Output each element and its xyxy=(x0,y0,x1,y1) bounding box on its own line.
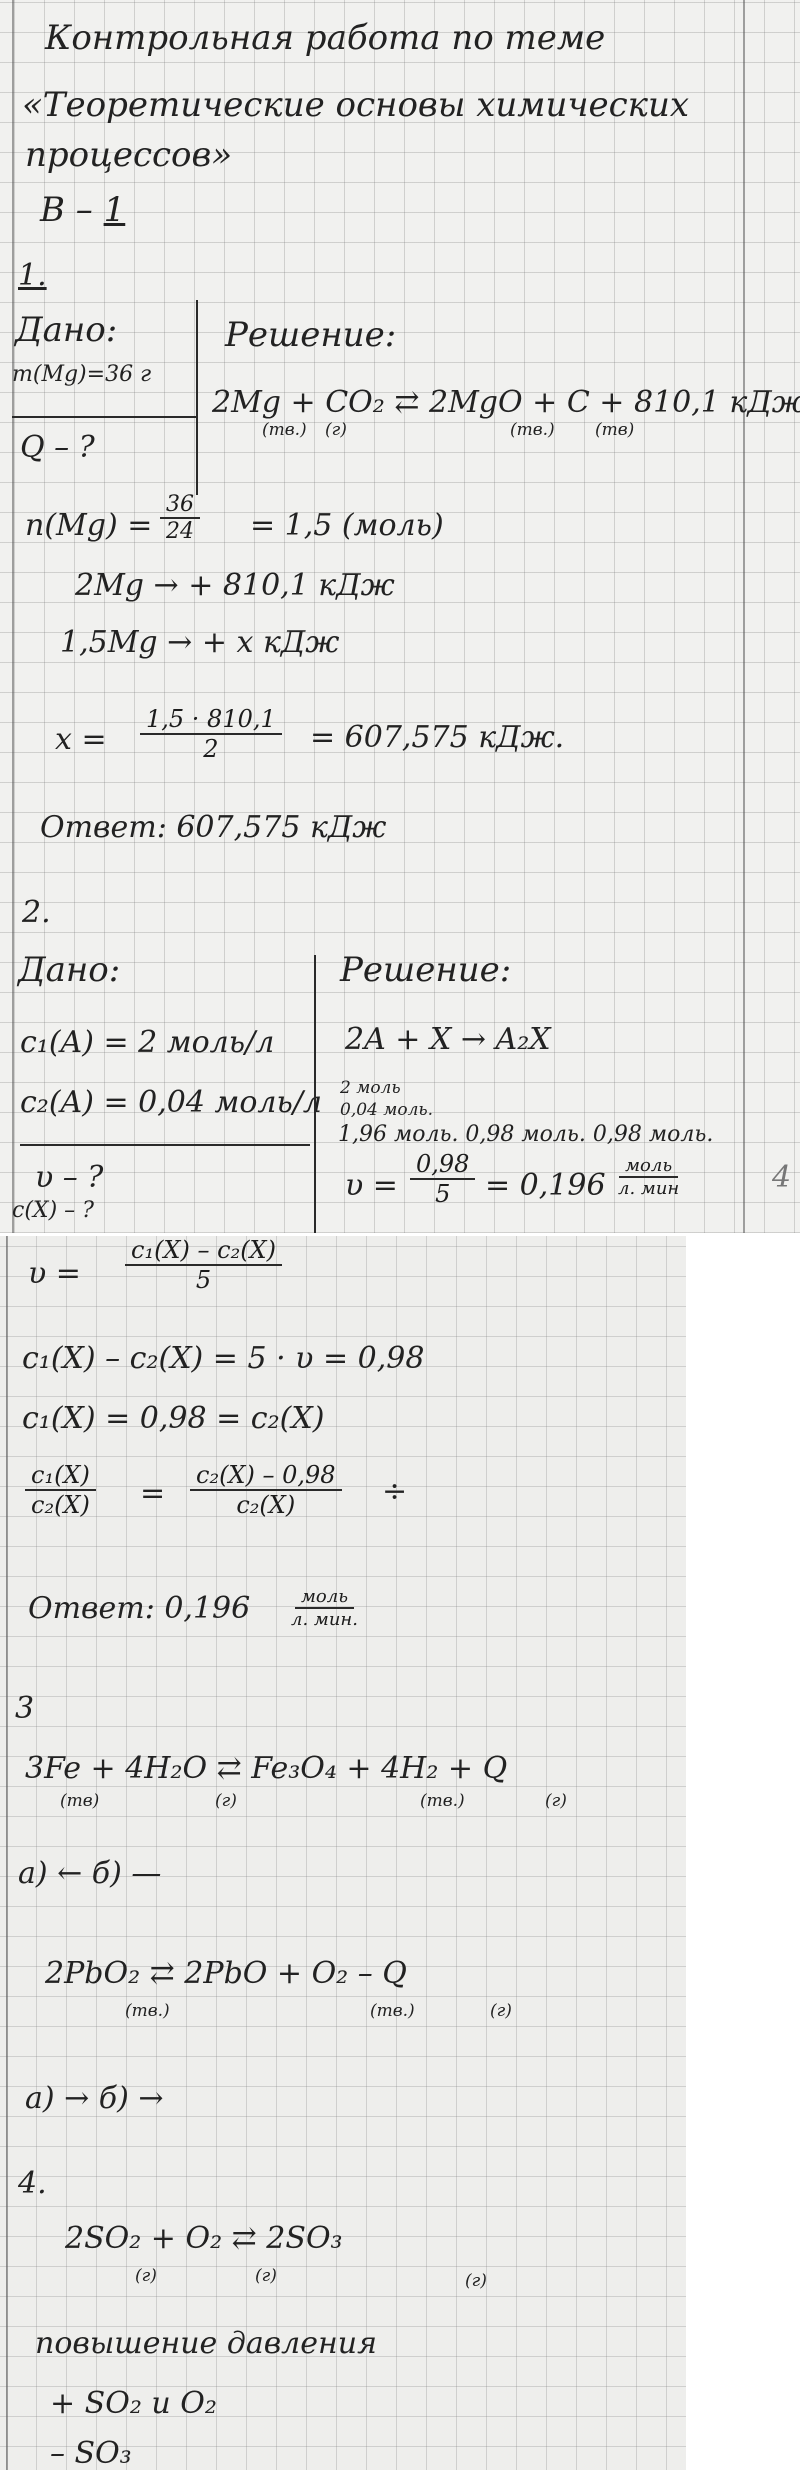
rate-formula-numerator: c₁(X) – c₂(X) xyxy=(125,1236,282,1266)
left-margin-line-2 xyxy=(6,1236,8,2470)
state-c: (тв) xyxy=(595,420,634,440)
state-o2-b: (г) xyxy=(255,2266,277,2286)
rate-numerator: 0,98 xyxy=(410,1150,475,1180)
problem3-shift-1: а) ← б) — xyxy=(18,1856,161,1891)
problem2-number: 2. xyxy=(22,895,51,930)
problem1-solution-label: Решение: xyxy=(225,315,396,355)
moles-denominator: 24 xyxy=(160,519,200,544)
rate-denominator: 5 xyxy=(429,1180,456,1208)
problem4-number: 4. xyxy=(18,2166,47,2201)
title-line-1: Контрольная работа по теме xyxy=(45,18,605,58)
rate-unit-denominator: л. мин xyxy=(612,1178,685,1199)
ratio-right-denominator: c₂(X) xyxy=(230,1491,301,1519)
problem1-number: 1. xyxy=(18,258,47,293)
state-pbo: (тв.) xyxy=(370,2001,415,2021)
problem1-answer: Ответ: 607,575 кДж xyxy=(40,810,386,845)
answer-unit-numerator: моль xyxy=(295,1586,354,1609)
moles-numerator: 36 xyxy=(160,492,200,519)
x-numerator: 1,5 · 810,1 xyxy=(140,705,282,735)
ratio-left-denominator: c₂(X) xyxy=(25,1491,96,1519)
title-line-3: процессов» xyxy=(25,135,232,175)
problem3-shift-2: а) → б) → xyxy=(25,2081,164,2116)
problem1-equation: 2Mg + CO₂ ⇄ 2MgO + C + 810,1 кДж xyxy=(212,385,800,420)
left-margin-line xyxy=(12,0,14,1233)
given-divider xyxy=(12,416,198,418)
answer-unit-denominator: л. мин. xyxy=(285,1609,364,1630)
moles-fraction: 36 24 xyxy=(160,492,200,544)
problem4-minus: – SO₃ xyxy=(50,2436,132,2470)
problem3-equation-1: 3Fe + 4H₂O ⇄ Fe₃O₄ + 4H₂ + Q xyxy=(25,1751,507,1786)
rate-formula-denominator: 5 xyxy=(190,1266,217,1294)
x-lhs: x = xyxy=(55,722,107,757)
problem2-given-label: Дано: xyxy=(18,950,120,990)
rate-formula-fraction: c₁(X) – c₂(X) 5 xyxy=(125,1236,282,1294)
ratio-equals: = xyxy=(140,1476,165,1511)
proportion-line-2: 1,5Mg → + x кДж xyxy=(60,625,339,660)
state-fe3o4: (тв.) xyxy=(420,1791,465,1811)
problem2-equation: 2A + X → A₂X xyxy=(345,1022,551,1057)
variant-number: 1 xyxy=(104,190,126,230)
x-fraction: 1,5 · 810,1 2 xyxy=(140,705,282,763)
answer-unit: моль л. мин. xyxy=(285,1586,364,1630)
moles-result: = 1,5 (моль) xyxy=(250,508,444,543)
given-solution-divider-2 xyxy=(314,955,316,1233)
problem4-plus: + SO₂ и O₂ xyxy=(50,2386,217,2421)
given-solution-divider xyxy=(196,300,198,495)
rate-unit: моль л. мин xyxy=(612,1155,685,1199)
x-result: = 607,575 кДж. xyxy=(310,720,564,755)
rate-fraction: 0,98 5 xyxy=(410,1150,475,1208)
variant-label: В – 1 xyxy=(40,190,125,230)
problem3-equation-2: 2PbO₂ ⇄ 2PbO + O₂ – Q xyxy=(45,1956,407,1991)
ratio-left-numerator: c₁(X) xyxy=(25,1461,96,1491)
ratio-right-numerator: c₂(X) – 0,98 xyxy=(190,1461,342,1491)
state-pbo2: (тв.) xyxy=(125,2001,170,2021)
rate-lhs: υ = xyxy=(345,1168,398,1203)
x-denominator: 2 xyxy=(197,735,224,763)
state-h2o: (г) xyxy=(215,1791,237,1811)
problem2-given-2: c₂(A) = 0,04 моль/л xyxy=(20,1085,322,1120)
margin-mark: 4 xyxy=(772,1160,791,1195)
state-mgo: (тв.) xyxy=(510,420,555,440)
problem1-given-label: Дано: xyxy=(15,310,117,350)
problem4-equation: 2SO₂ + O₂ ⇄ 2SO₃ xyxy=(65,2221,343,2256)
problem2-answer: Ответ: 0,196 xyxy=(28,1591,250,1626)
problem2-solution-label: Решение: xyxy=(340,950,511,990)
problem2-find-2: c(X) – ? xyxy=(12,1198,94,1223)
given-divider-2 xyxy=(20,1144,310,1146)
rate-unit-numerator: моль xyxy=(619,1155,678,1178)
conc-line-a: c₁(X) – c₂(X) = 5 · υ = 0,98 xyxy=(22,1341,424,1376)
conc-line-b: c₁(X) = 0,98 = c₂(X) xyxy=(22,1401,324,1436)
variant-prefix: В – xyxy=(40,190,93,230)
problem3-number: 3 xyxy=(15,1691,34,1726)
stoich-row-3: 1,96 моль. 0,98 моль. 0,98 моль. xyxy=(338,1122,713,1147)
problem1-find: Q – ? xyxy=(20,430,95,465)
stoich-row-2: 0,04 моль. xyxy=(340,1100,433,1120)
proportion-line-1: 2Mg → + 810,1 кДж xyxy=(75,568,395,603)
problem4-condition: повышение давления xyxy=(35,2326,377,2361)
notebook-page-bottom: υ = c₁(X) – c₂(X) 5 c₁(X) – c₂(X) = 5 · … xyxy=(0,1236,686,2470)
ratio-left: c₁(X) c₂(X) xyxy=(25,1461,96,1519)
problem2-find-1: υ – ? xyxy=(35,1160,103,1195)
moles-lhs: n(Mg) = xyxy=(25,508,152,543)
state-so2: (г) xyxy=(135,2266,157,2286)
state-mg: (тв.) xyxy=(262,420,307,440)
right-margin-line xyxy=(743,0,745,1233)
ratio-tail: ÷ xyxy=(382,1474,407,1509)
state-o2: (г) xyxy=(490,2001,512,2021)
ratio-right: c₂(X) – 0,98 c₂(X) xyxy=(190,1461,342,1519)
rate-formula-lhs: υ = xyxy=(28,1256,81,1291)
rate-result: = 0,196 xyxy=(485,1168,606,1203)
state-fe: (тв) xyxy=(60,1791,99,1811)
title-line-2: «Теоретические основы химических xyxy=(22,85,689,125)
state-co2: (г) xyxy=(325,420,347,440)
problem1-given-value: m(Mg)=36 г xyxy=(12,362,151,387)
problem2-given-1: c₁(A) = 2 моль/л xyxy=(20,1025,274,1060)
stoich-row-1: 2 моль xyxy=(340,1078,401,1098)
state-h2: (г) xyxy=(545,1791,567,1811)
notebook-page-top: Контрольная работа по теме «Теоретически… xyxy=(0,0,800,1233)
state-so3: (г) xyxy=(465,2271,487,2291)
